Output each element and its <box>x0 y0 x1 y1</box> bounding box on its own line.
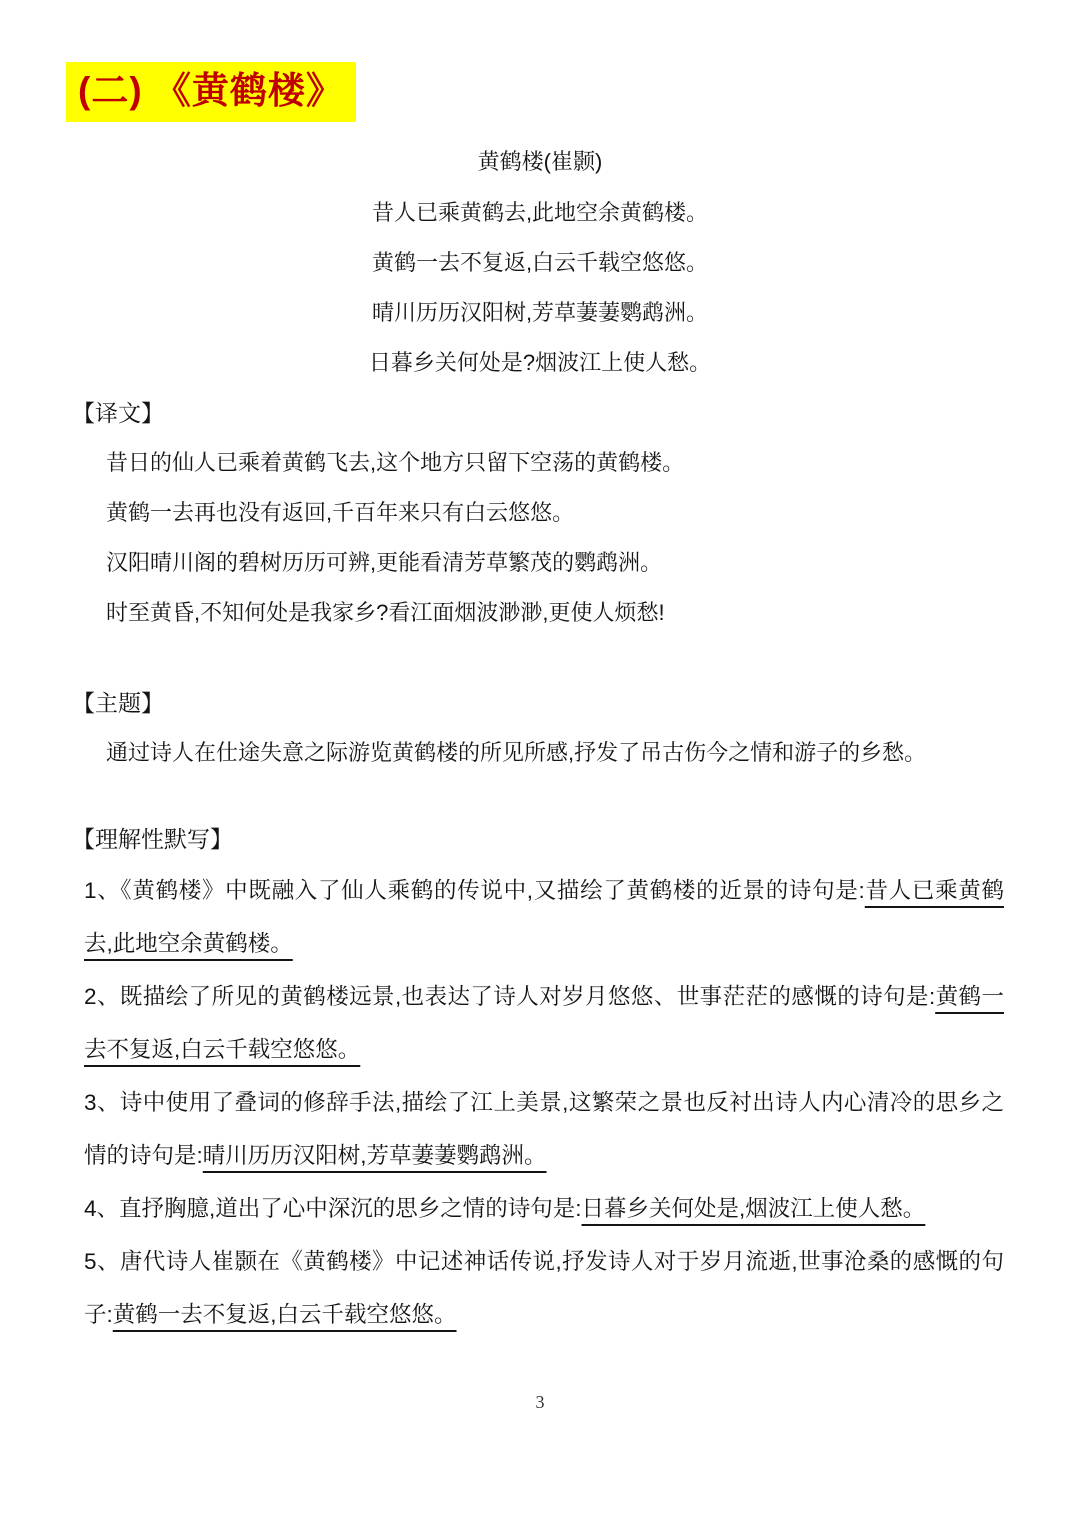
poem-line: 晴川历历汉阳树,芳草萋萋鹦鹉洲。 <box>76 288 1004 338</box>
item-prompt: 2、既描绘了所见的黄鹤楼远景,也表达了诗人对岁月悠悠、世事茫茫的感慨的诗句是: <box>84 984 935 1009</box>
poem-line: 日暮乡关何处是?烟波江上使人愁。 <box>76 338 1004 388</box>
dictation-header: 【理解性默写】 <box>72 814 1004 864</box>
dictation-item: 1、《黄鹤楼》中既融入了仙人乘鹤的传说中,又描绘了黄鹤楼的近景的诗句是:昔人已乘… <box>76 864 1004 970</box>
poem-line: 昔人已乘黄鹤去,此地空余黄鹤楼。 <box>76 188 1004 238</box>
dictation-section: 【理解性默写】 1、《黄鹤楼》中既融入了仙人乘鹤的传说中,又描绘了黄鹤楼的近景的… <box>76 814 1004 1341</box>
section-title-row: (二) 《黄鹤楼》 <box>66 62 1004 122</box>
poem-line: 黄鹤一去不复返,白云千载空悠悠。 <box>76 238 1004 288</box>
spacer <box>76 778 1004 814</box>
poem-block: 黄鹤楼(崔颢) 昔人已乘黄鹤去,此地空余黄鹤楼。 黄鹤一去不复返,白云千载空悠悠… <box>76 136 1004 388</box>
section-title-highlight: (二) 《黄鹤楼》 <box>66 62 356 122</box>
item-answer: 日暮乡关何处是,烟波江上使人愁。 <box>582 1196 926 1221</box>
translation-header: 【译文】 <box>72 388 1004 438</box>
document-page: (二) 《黄鹤楼》 黄鹤楼(崔颢) 昔人已乘黄鹤去,此地空余黄鹤楼。 黄鹤一去不… <box>0 0 1080 1527</box>
item-prompt: 4、直抒胸臆,道出了心中深沉的思乡之情的诗句是: <box>84 1196 582 1221</box>
dictation-item: 3、诗中使用了叠词的修辞手法,描绘了江上美景,这繁荣之景也反衬出诗人内心清冷的思… <box>76 1076 1004 1182</box>
dictation-item: 2、既描绘了所见的黄鹤楼远景,也表达了诗人对岁月悠悠、世事茫茫的感慨的诗句是:黄… <box>76 970 1004 1076</box>
item-prompt: 1、《黄鹤楼》中既融入了仙人乘鹤的传说中,又描绘了黄鹤楼的近景的诗句是: <box>84 878 865 903</box>
dictation-item: 4、直抒胸臆,道出了心中深沉的思乡之情的诗句是:日暮乡关何处是,烟波江上使人愁。 <box>76 1182 1004 1235</box>
dictation-item: 5、唐代诗人崔颢在《黄鹤楼》中记述神话传说,抒发诗人对于岁月流逝,世事沧桑的感慨… <box>76 1235 1004 1341</box>
item-answer: 黄鹤一去不复返,白云千载空悠悠。 <box>113 1302 457 1327</box>
poem-title: 黄鹤楼(崔颢) <box>76 136 1004 188</box>
spacer <box>76 638 1004 678</box>
translation-line: 时至黄昏,不知何处是我家乡?看江面烟波渺渺,更使人烦愁! <box>76 588 1004 638</box>
theme-section: 【主题】 通过诗人在仕途失意之际游览黄鹤楼的所见所感,抒发了吊古伤今之情和游子的… <box>76 678 1004 778</box>
translation-line: 汉阳晴川阁的碧树历历可辨,更能看清芳草繁茂的鹦鹉洲。 <box>76 538 1004 588</box>
theme-text: 通过诗人在仕途失意之际游览黄鹤楼的所见所感,抒发了吊古伤今之情和游子的乡愁。 <box>76 728 1004 778</box>
translation-section: 【译文】 昔日的仙人已乘着黄鹤飞去,这个地方只留下空荡的黄鹤楼。 黄鹤一去再也没… <box>76 388 1004 638</box>
item-answer: 晴川历历汉阳树,芳草萋萋鹦鹉洲。 <box>203 1143 547 1168</box>
translation-line: 昔日的仙人已乘着黄鹤飞去,这个地方只留下空荡的黄鹤楼。 <box>76 438 1004 488</box>
theme-header: 【主题】 <box>72 678 1004 728</box>
page-number: 3 <box>0 1392 1080 1413</box>
translation-line: 黄鹤一去再也没有返回,千百年来只有白云悠悠。 <box>76 488 1004 538</box>
